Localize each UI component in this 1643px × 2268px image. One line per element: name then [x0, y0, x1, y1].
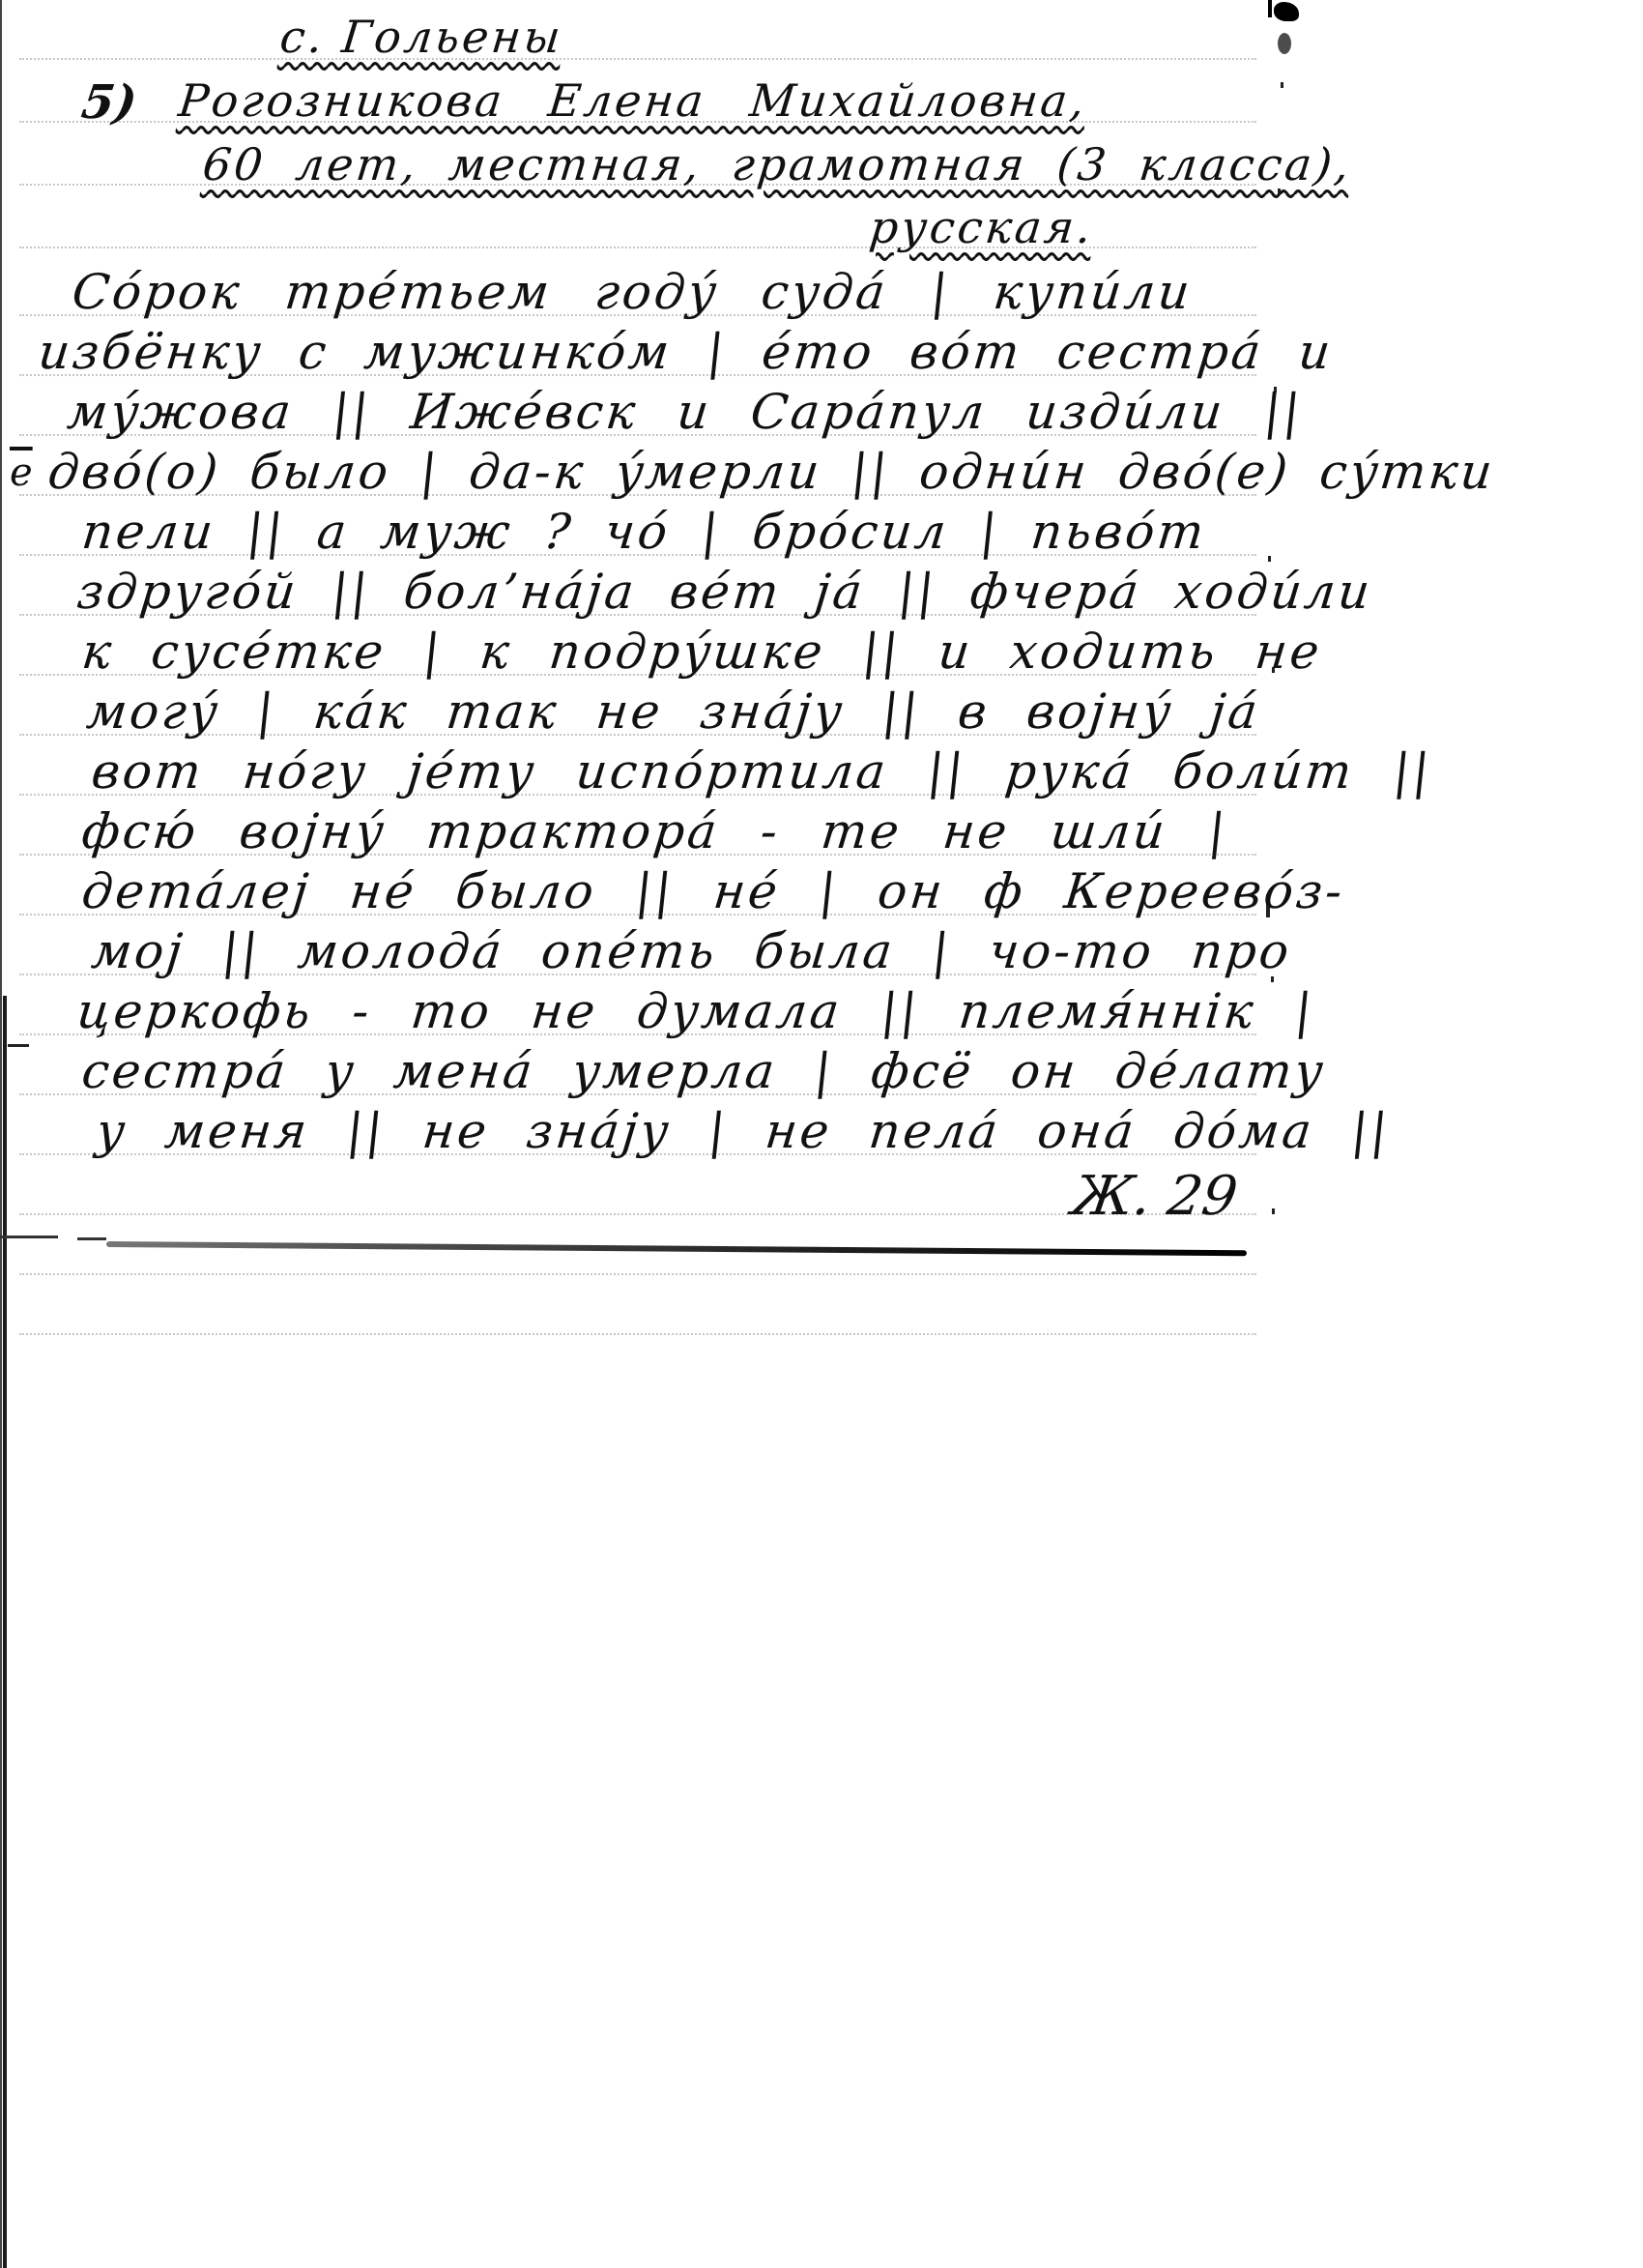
ruled-line: [19, 1333, 1256, 1335]
transcript-line-7: к сусéтке | к подрýшке || и ходить не: [79, 623, 1325, 681]
informant-details: 60 лет, местная, грамотная (3 класса),: [200, 135, 1355, 193]
informant-name: Рогозникова Елена Михайловна,: [176, 72, 1090, 130]
scan-speck: [8, 1044, 29, 1047]
ruled-line: [19, 1273, 1256, 1275]
transcript-line-11: детáлеј нé было || нé | он ф Кереевóз-: [79, 862, 1348, 920]
transcript-line-4: двó(о) было | да-к ýмерли || одни́н двó(…: [45, 443, 1498, 501]
bottom-rule-segment: [77, 1237, 106, 1240]
scan-speck: [1268, 556, 1271, 562]
ruled-line: [19, 58, 1256, 60]
page-left-border: [3, 996, 7, 2268]
page-number: Ж. 29: [1068, 1165, 1241, 1228]
transcript-line-1: Сóрок трéтьем годý судá | купи́ли: [70, 263, 1196, 321]
informant-nationality: русская.: [867, 198, 1097, 256]
scan-artifact-smudge: [1278, 33, 1291, 54]
transcript-line-5: пели || а муж ? чо́ | брóсил | пьвóт: [79, 503, 1209, 561]
transcript-line-6: здругóй || бол’нáја вéт ја́ || фчерá ход…: [74, 563, 1375, 621]
transcript-line-10: фсю́ војнý тракторá - те не шли́ |: [79, 802, 1231, 860]
bottom-rule: [106, 1241, 1247, 1256]
margin-note-e: е: [10, 451, 33, 495]
transcript-line-12: мој || молодá опéть была | чо-то про: [89, 922, 1295, 980]
bottom-rule-segment: [0, 1236, 58, 1238]
scan-speck: [1272, 1208, 1275, 1214]
transcript-line-8: могý | кáк так не знáју || в војнý ја́: [84, 683, 1263, 741]
scan-artifact-blot: [1274, 2, 1299, 21]
village-heading: с. Гольены: [277, 8, 566, 66]
transcript-line-15: у меня || не знáју | не пелá онá дóма ||: [94, 1102, 1393, 1160]
transcript-line-9: вот нóгу јéту испóртила || рукá боли́т |…: [89, 742, 1435, 800]
informant-number: 5): [78, 75, 140, 130]
page-left-edge: [0, 0, 2, 2268]
transcript-line-2: избёнку с мужинкóм | éто вóт сестрá и: [36, 323, 1336, 381]
transcript-line-3: мýжова || Ижéвск и Сарáпул изди́ли ||: [65, 383, 1306, 441]
manuscript-page: с. Гольены 5) Рогозникова Елена Михайлов…: [0, 0, 1285, 1547]
transcript-line-14: сестрá у менá умерла | фсё он дéлату: [79, 1042, 1329, 1100]
scan-artifact-stroke: [1268, 0, 1272, 17]
transcript-line-13: церкофь - то не думала || племя́ннік |: [74, 982, 1317, 1040]
scan-speck: [1281, 82, 1283, 88]
